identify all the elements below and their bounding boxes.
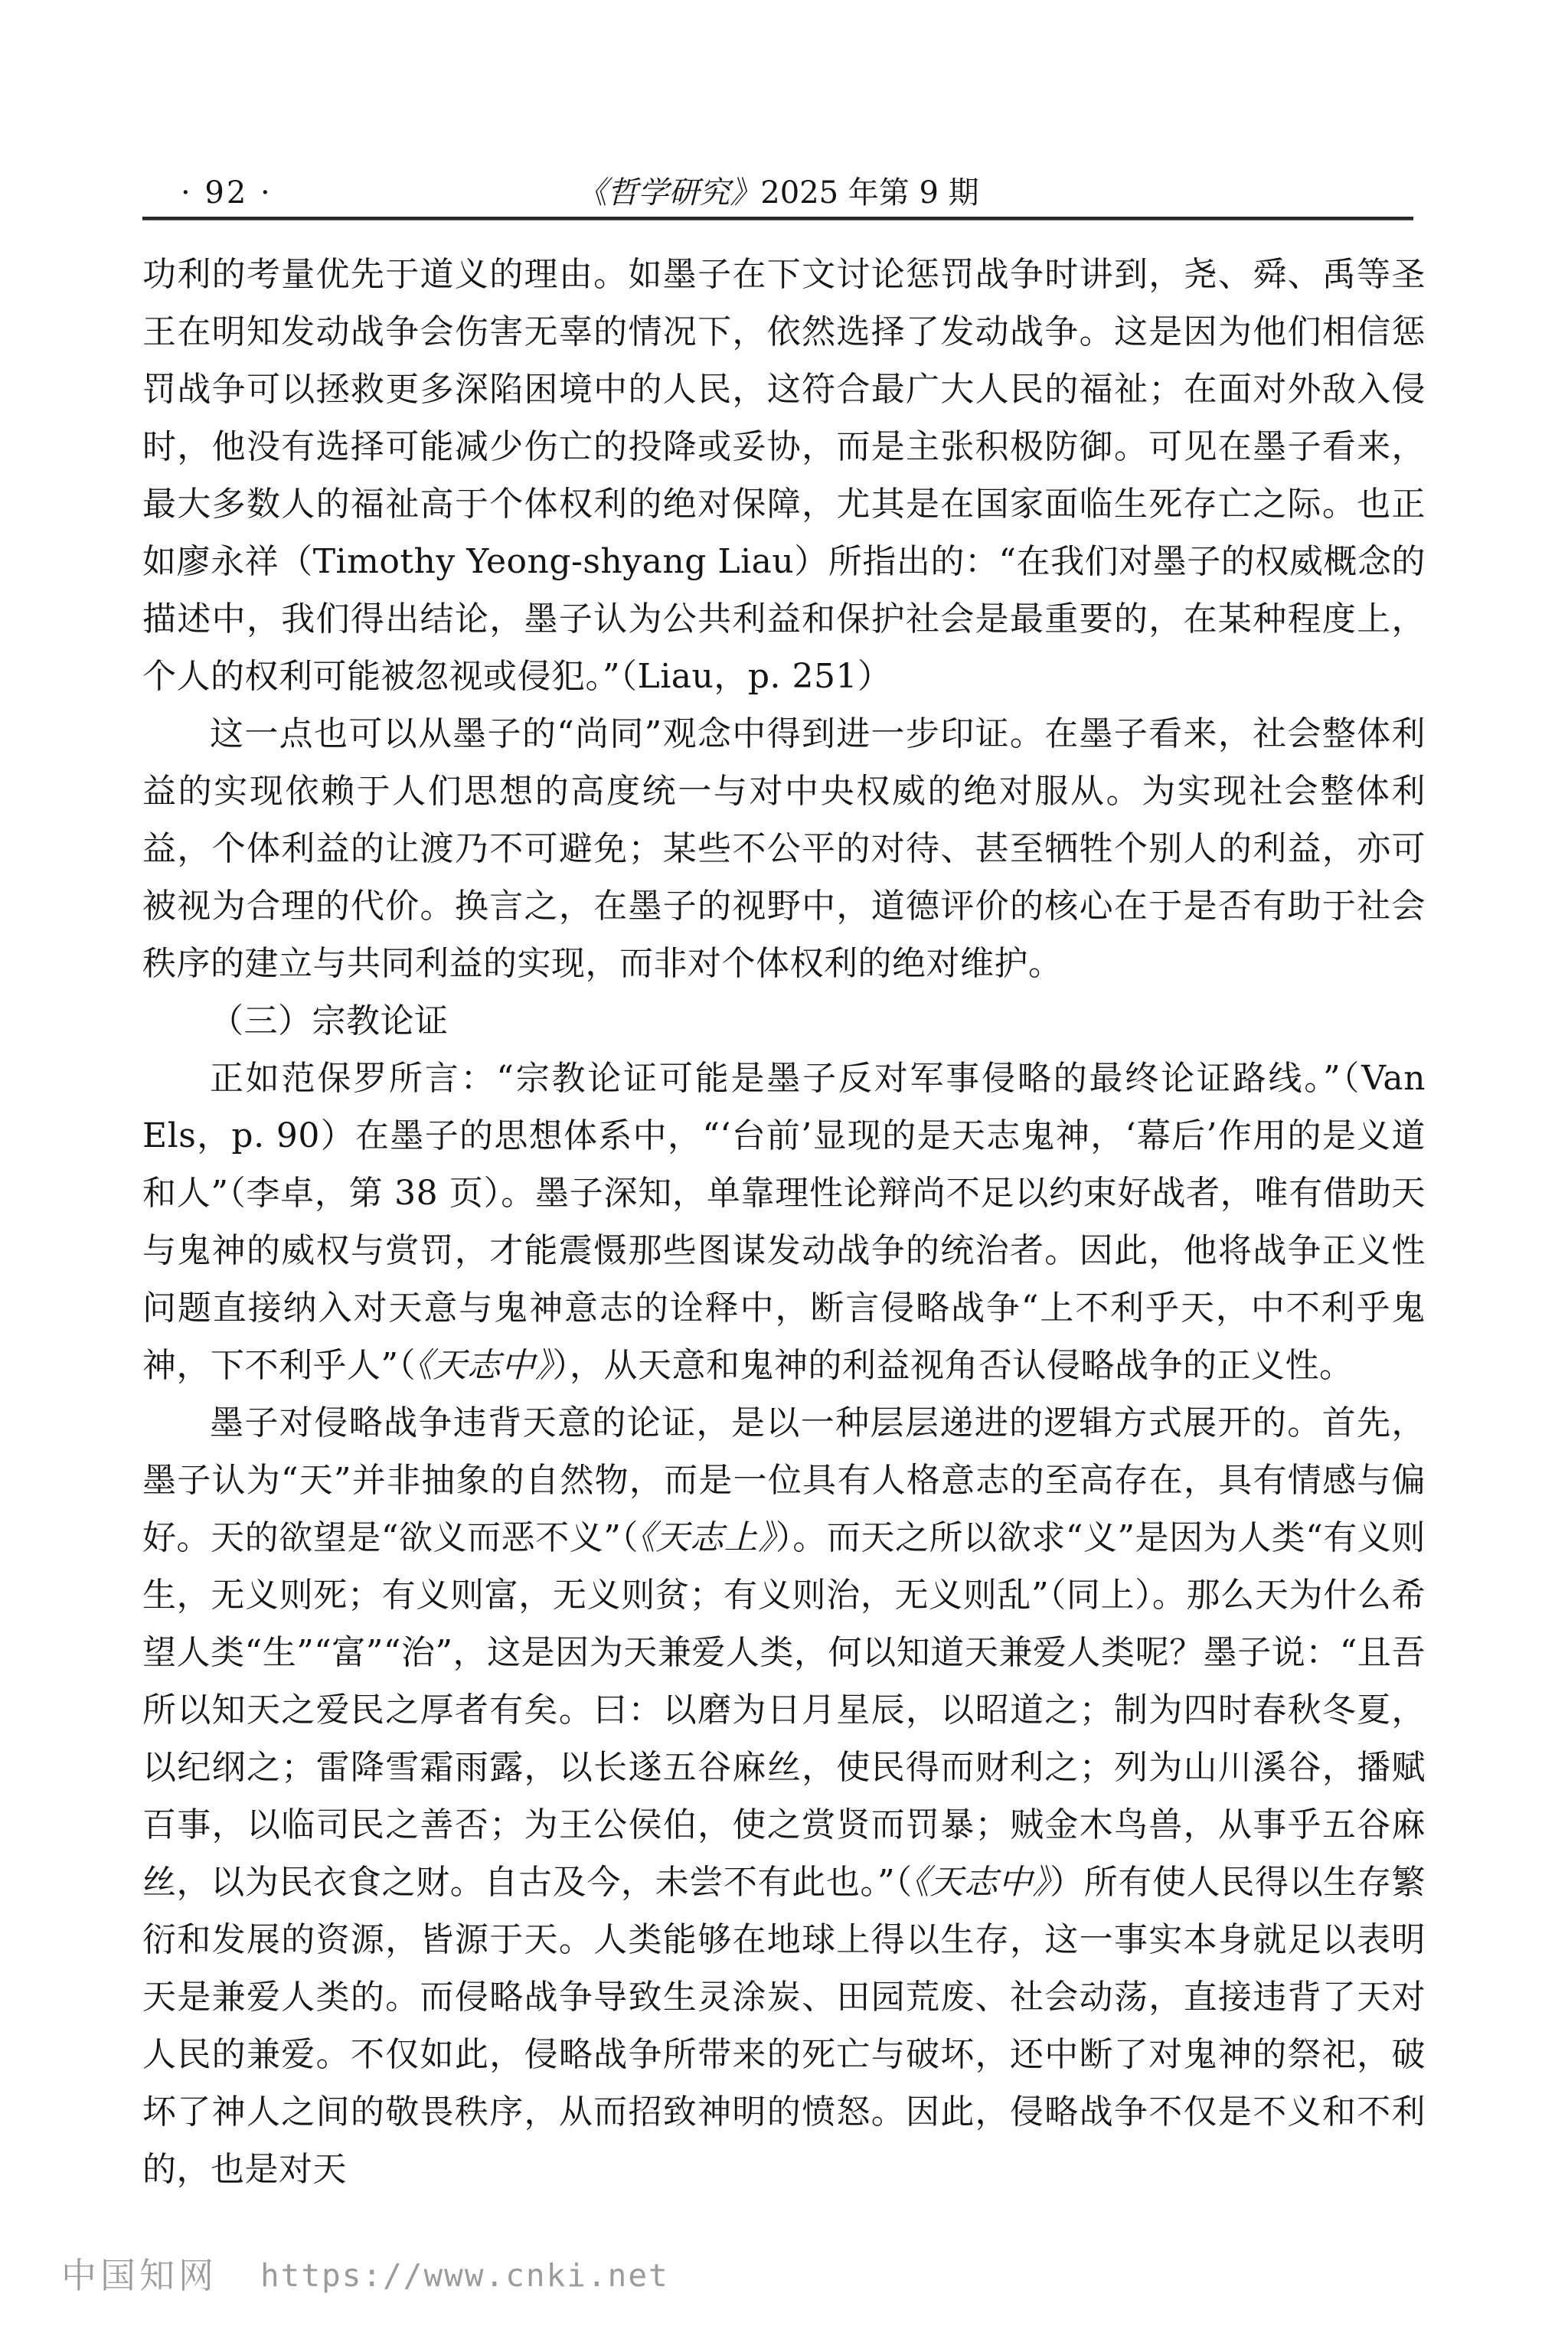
journal-title: 《哲学研究》2025 年第 9 期 (142, 173, 1413, 213)
paragraph: 这一点也可以从墨子的“尚同”观念中得到进一步印证。在墨子看来，社会整体利益的实现… (142, 705, 1426, 992)
journal-name: 《哲学研究》 (577, 175, 760, 211)
text-run: ）。而天之所以欲求“义”是因为人类“有义则生，无义则死；有义则富，无义则贫；有义… (142, 1518, 1426, 1902)
text-run: 这一点也可以从墨子的“尚同”观念中得到进一步印证。在墨子看来，社会整体利益的实现… (142, 714, 1426, 983)
watermark: 中国知网https://www.cnki.net (61, 2248, 669, 2298)
book-title: 《天志中》 (913, 1863, 1050, 1902)
cnki-watermark-url: https://www.cnki.net (260, 2257, 669, 2294)
cnki-watermark-name: 中国知网 (61, 2255, 217, 2296)
page-header: · 92 · 《哲学研究》2025 年第 9 期 (142, 173, 1413, 213)
journal-page: · 92 · 《哲学研究》2025 年第 9 期 功利的考量优先于道义的理由。如… (0, 0, 1568, 2339)
text-run: 正如范保罗所言：“宗教论证可能是墨子反对军事侵略的最终论证路线。”（Van El… (142, 1059, 1426, 1385)
paragraph: 功利的考量优先于道义的理由。如墨子在下文讨论惩罚战争时讲到，尧、舜、禹等圣王在明… (142, 246, 1426, 705)
text-run: 功利的考量优先于道义的理由。如墨子在下文讨论惩罚战争时讲到，尧、舜、禹等圣王在明… (142, 255, 1426, 696)
text-run: ）所有使人民得以生存繁衍和发展的资源，皆源于天。人类能够在地球上得以生存，这一事… (142, 1863, 1426, 2189)
book-title: 《天志中》 (416, 1346, 553, 1385)
paragraph: 墨子对侵略战争违背天意的论证，是以一种层层递进的逻辑方式展开的。首先，墨子认为“… (142, 1394, 1426, 2198)
body-text: 功利的考量优先于道义的理由。如墨子在下文讨论惩罚战争时讲到，尧、舜、禹等圣王在明… (142, 246, 1426, 2198)
paragraph: 正如范保罗所言：“宗教论证可能是墨子反对军事侵略的最终论证路线。”（Van El… (142, 1050, 1426, 1394)
book-title: 《天志上》 (639, 1518, 776, 1557)
text-run: （三）宗教论证 (210, 1001, 449, 1040)
journal-issue: 2025 年第 9 期 (760, 175, 978, 211)
paragraph: （三）宗教论证 (142, 992, 1426, 1050)
text-run: ），从天意和鬼神的利益视角否认侵略战争的正义性。 (553, 1346, 1354, 1385)
header-divider (142, 217, 1413, 221)
